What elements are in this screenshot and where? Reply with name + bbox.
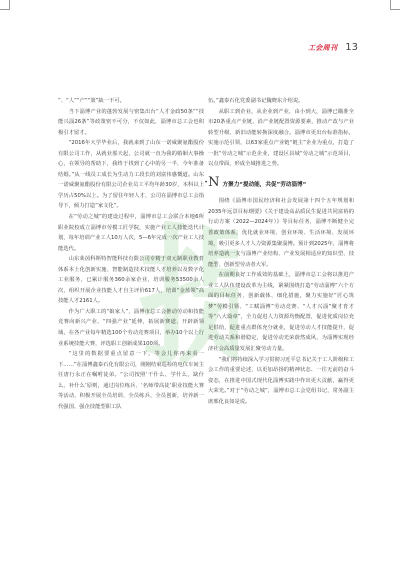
publication-badge: 工会周刊 (308, 43, 337, 53)
section-number: ·N (204, 178, 220, 189)
paragraph: 从职工到企业，从企业到产业，由小到大，淄博已瞄准全市20条重点产业链，沿产业链配… (208, 107, 354, 170)
paragraph: 在前期良好工作成效的基础上，淄博市总工会将以推进产业工人队伍建设改革为主线，紧紧… (208, 270, 354, 354)
paragraph: 在“劳动之城”的建设过程中，淄博市总工会联合本地6所职业院校成立淄博市劳模工匠学… (58, 212, 204, 254)
crop-mark-top-left (0, 0, 10, 10)
section-title: 方聚力“提动能，共促”劳动淄博“ (223, 180, 307, 191)
paragraph: 围绕《淄博市国民经济和社会发展第十四个五年规划和2035年远景目标纲要》《关于建… (208, 196, 354, 270)
page-header: 工会周刊 13 (308, 42, 358, 53)
paragraph: 伍。”鑫泰石化党委副书记魏晓东介绍说。 (208, 96, 354, 107)
paragraph: 山东莱茵科斯特智能科技有限公司专精于双元制职业教育体系本土化创新实施、智能制造技… (58, 254, 204, 307)
paragraph: 当下淄博产业的蓬勃发展与密集出台“人才金政50条”“技能兴淄26条”等政策密不可… (58, 107, 204, 139)
page-number: 13 (345, 42, 358, 53)
paragraph: 作为广大职工的“娘家人”，淄博市总工会推动劳动和技能竞赛向新兴产业、“四强产业”… (58, 307, 204, 349)
paragraph: ”、“人”“产”“策”缺一不可。 (58, 96, 204, 107)
right-column: 伍。”鑫泰石化党委副书记魏晓东介绍说。 从职工到企业，从企业到产业，由小到大，淄… (208, 96, 354, 407)
paragraph: “2016年大学毕业后，我就来到了山东一诺威聚氨酯股份有限公司工作，从就业那天起… (58, 138, 204, 212)
section-heading: ·N 方聚力“提动能，共促”劳动淄博“ (204, 178, 354, 191)
paragraph: “这里的数据要重点留意一下，等会儿你再来看一下……”在淄博鑫泰石化有限公司，刚刚… (58, 349, 204, 412)
paragraph: “我们将持续深入学习贯彻习近平总书记关于工人阶级和工会工作的重要论述，以更加昂扬… (208, 355, 354, 408)
crop-mark-top-right (390, 0, 400, 10)
left-column: ”、“人”“产”“策”缺一不可。 当下淄博产业的蓬勃发展与密集出台“人才金政50… (58, 96, 204, 412)
